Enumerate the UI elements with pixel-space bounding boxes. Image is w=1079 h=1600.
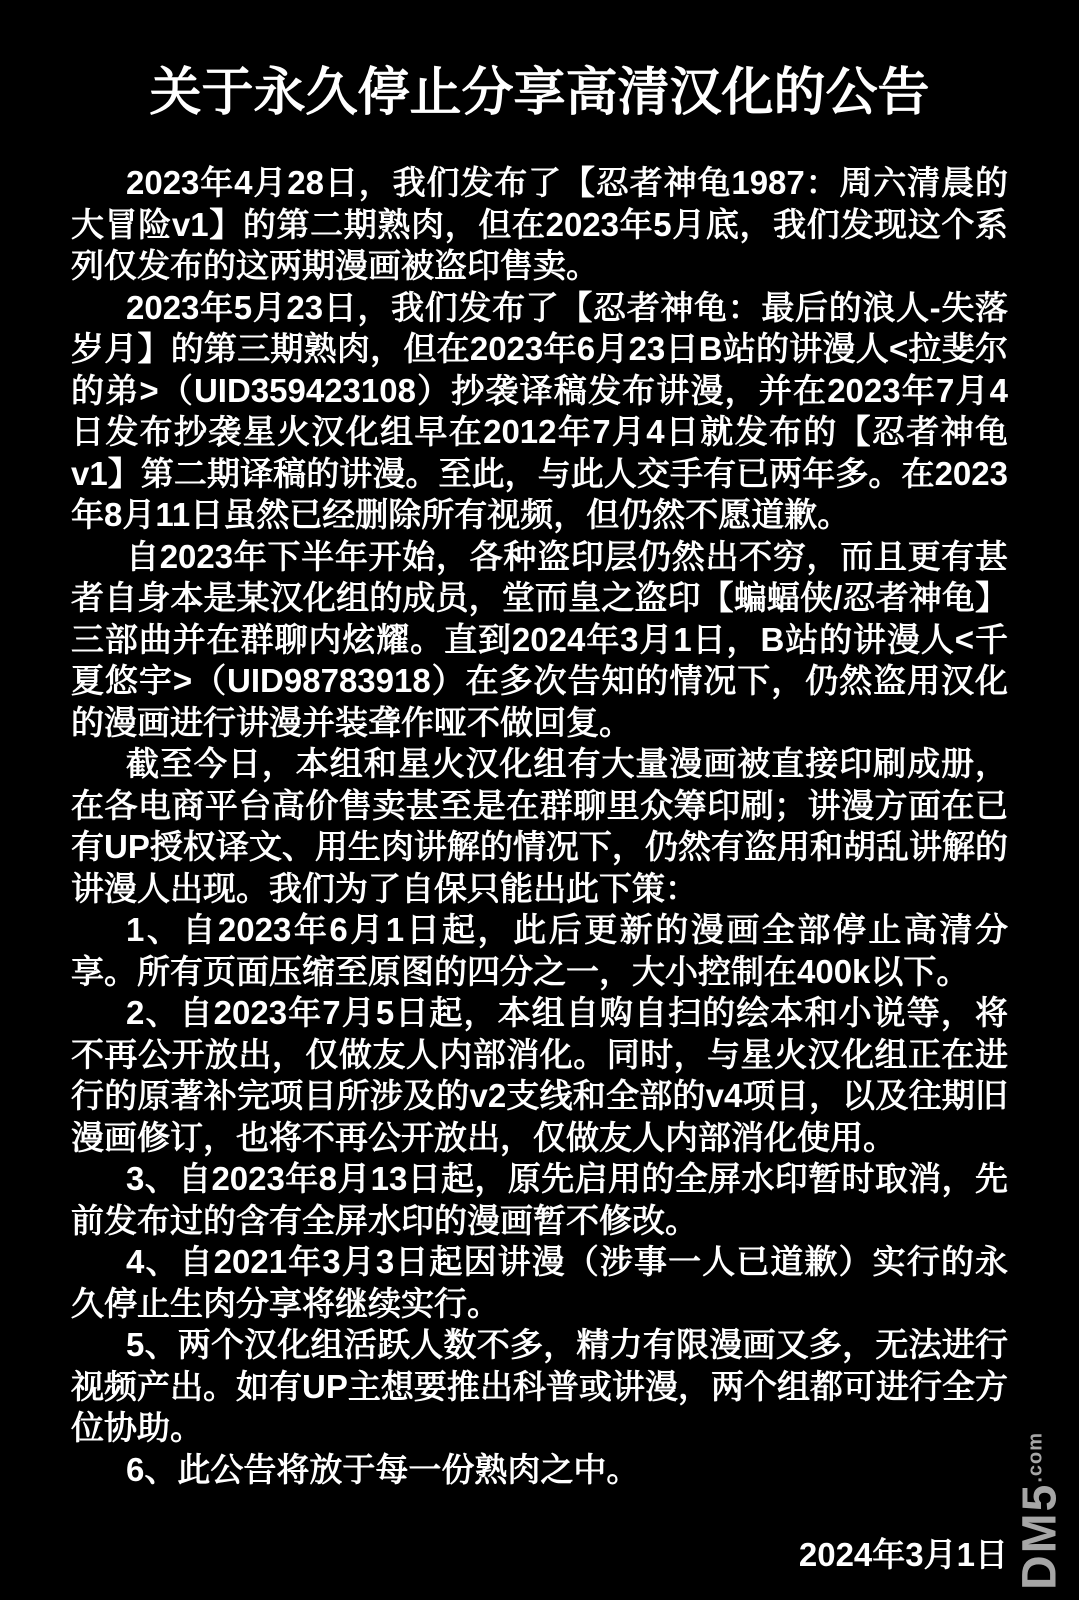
policy-item-5: 5、两个汉化组活跃人数不多，精力有限漫画又多，无法进行视频产出。如有UP主想要推…: [71, 1324, 1008, 1449]
dm5-watermark: DM5.com: [1001, 1422, 1079, 1600]
intro-paragraph-4: 截至今日，本组和星火汉化组有大量漫画被直接印刷成册，在各电商平台高价售卖甚至是在…: [71, 743, 1008, 909]
announcement-title: 关于永久停止分享高清汉化的公告: [0, 64, 1079, 122]
announcement-body: 2023年4月28日，我们发布了【忍者神龟1987：周六清晨的大冒险v1】的第二…: [71, 162, 1008, 1490]
policy-item-6: 6、此公告将放于每一份熟肉之中。: [71, 1449, 1008, 1491]
dm5-watermark-text: DM5.com: [1013, 1432, 1068, 1590]
intro-paragraph-1: 2023年4月28日，我们发布了【忍者神龟1987：周六清晨的大冒险v1】的第二…: [71, 162, 1008, 287]
policy-item-1: 1、自2023年6月1日起，此后更新的漫画全部停止高清分享。所有页面压缩至原图的…: [71, 909, 1008, 992]
policy-item-2: 2、自2023年7月5日起，本组自购自扫的绘本和小说等，将不再公开放出，仅做友人…: [71, 992, 1008, 1158]
policy-item-4: 4、自2021年3月3日起因讲漫（涉事一人已道歉）实行的永久停止生肉分享将继续实…: [71, 1241, 1008, 1324]
dm5-watermark-site: DM5: [1014, 1483, 1067, 1590]
intro-paragraph-2: 2023年5月23日，我们发布了【忍者神龟：最后的浪人-失落岁月】的第三期熟肉，…: [71, 287, 1008, 536]
dm5-watermark-tld: .com: [1025, 1432, 1047, 1483]
intro-paragraph-3: 自2023年下半年开始，各种盗印层仍然出不穷，而且更有甚者自身本是某汉化组的成员…: [71, 536, 1008, 744]
announcement-page: 关于永久停止分享高清汉化的公告 2023年4月28日，我们发布了【忍者神龟198…: [0, 0, 1079, 1600]
policy-item-3: 3、自2023年8月13日起，原先启用的全屏水印暂时取消，先前发布过的含有全屏水…: [71, 1158, 1008, 1241]
announcement-date: 2024年3月1日: [71, 1534, 1008, 1576]
